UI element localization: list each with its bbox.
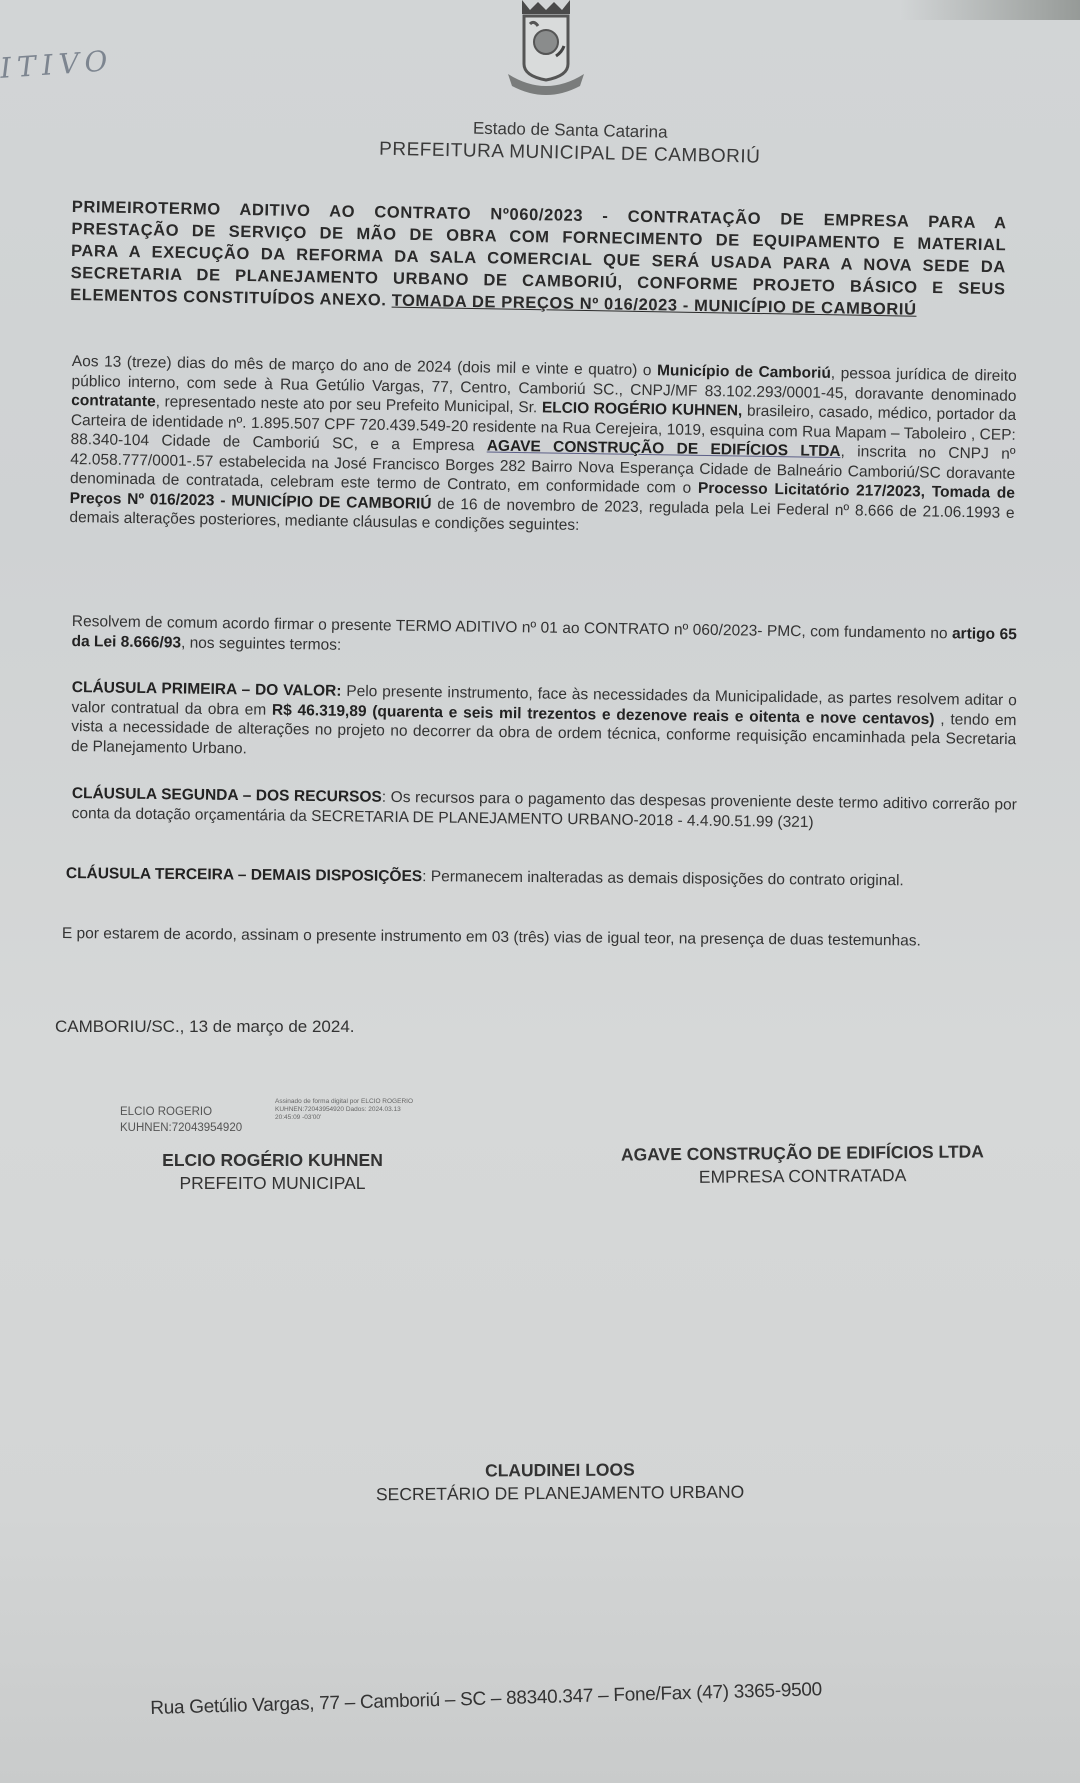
preamble-paragraph: Aos 13 (treze) dias do mês de março do a…	[69, 352, 1017, 542]
closing-paragraph: E por estarem de acordo, assinam o prese…	[62, 924, 1007, 952]
photo-edge-shadow	[900, 0, 1080, 20]
letterhead: Estado de Santa Catarina PREFEITURA MUNI…	[0, 109, 1080, 176]
resolution-paragraph: Resolvem de comum acordo firmar o presen…	[71, 612, 1016, 664]
signature-company: AGAVE CONSTRUÇÃO DE EDIFÍCIOS LTDA EMPRE…	[590, 1141, 1015, 1189]
signature-secretary: CLAUDINEI LOOS SECRETÁRIO DE PLANEJAMENT…	[340, 1458, 780, 1505]
document-page: ITIVO Estado de Santa Catarina PREFEITUR…	[0, 0, 1080, 1783]
coat-of-arms-icon	[500, 0, 592, 104]
clause-heading: CLÁUSULA TERCEIRA – DEMAIS DISPOSIÇÕES	[66, 865, 422, 885]
clause-heading: CLÁUSULA SEGUNDA – DOS RECURSOS	[72, 785, 382, 806]
document-title: PRIMEIROTERMO ADITIVO AO CONTRATO Nº060/…	[70, 196, 1007, 322]
handwritten-note: ITIVO	[0, 44, 114, 85]
clause-first: CLÁUSULA PRIMEIRA – DO VALOR: Pelo prese…	[71, 678, 1017, 769]
mayor-name: ELCIO ROGÉRIO KUHNEN,	[542, 399, 743, 419]
footer-address: Rua Getúlio Vargas, 77 – Camboriú – SC –…	[150, 1679, 822, 1720]
clause-heading: CLÁUSULA PRIMEIRA – DO VALOR:	[72, 679, 342, 700]
digital-signature-stamp: ELCIO ROGERIO KUHNEN:72043954920 Assinad…	[120, 1104, 242, 1136]
company-name: AGAVE CONSTRUÇÃO DE EDIFÍCIOS LTDA	[487, 438, 841, 461]
digital-signature-meta: Assinado de forma digital por ELCIO ROGE…	[275, 1098, 415, 1122]
signature-mayor: ELCIO ROGÉRIO KUHNEN PREFEITO MUNICIPAL	[135, 1150, 410, 1194]
date-line: CAMBORIU/SC., 13 de março de 2024.	[55, 1017, 355, 1037]
clause-second: CLÁUSULA SEGUNDA – DOS RECURSOS: Os recu…	[72, 784, 1017, 835]
clause-third: CLÁUSULA TERCEIRA – DEMAIS DISPOSIÇÕES: …	[66, 864, 1011, 892]
